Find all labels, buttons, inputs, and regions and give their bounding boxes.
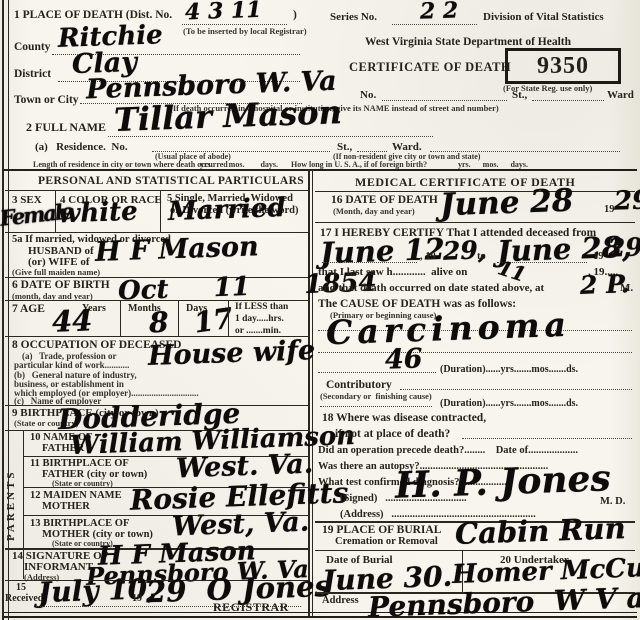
less-than-note1: If LESS than (235, 303, 288, 313)
divider (5, 300, 308, 301)
divider (228, 300, 229, 336)
divider (320, 406, 432, 407)
signed-label: (Signed) ............................... (340, 494, 467, 505)
how-long-usa-units: yrs. mos. days. (458, 161, 528, 169)
full-name-label: 2 FULL NAME (26, 121, 106, 133)
insert-note: (To be inserted by local Registrar) (183, 27, 307, 36)
divider (2, 0, 4, 620)
divider (182, 24, 287, 25)
operation-question: Did an operation precede death?........ … (318, 446, 578, 457)
series-number-label: Series No. (330, 12, 377, 23)
date-of-death-value: June 28 (440, 188, 574, 221)
to-year-value: 29 (608, 236, 640, 260)
disease-contracted-label1: 18 Where was disease contracted, (322, 413, 486, 425)
divider (5, 190, 308, 191)
death-occurred-statement: and that death occurred on date stated a… (318, 283, 544, 294)
printed-19a: , 19 (420, 252, 436, 263)
cause-duration-value: 46 (385, 347, 423, 373)
last-saw-statement: that I last saw h............ alive on (318, 267, 467, 278)
divider (3, 169, 637, 171)
divider (120, 300, 121, 336)
divider (108, 136, 433, 137)
death-certificate: 1 PLACE OF DEATH (Dist. No. 4 3 11 ) (To… (0, 0, 640, 620)
residence-length-note: Length of residence in city or town wher… (33, 161, 228, 169)
death-time-m-label: M. (620, 283, 633, 294)
divider (308, 169, 310, 617)
district-number-value: 4 3 11 (185, 1, 262, 23)
received-number: 15 (16, 583, 26, 593)
personal-section-title: PERSONAL AND STATISTICAL PARTICULARS (38, 176, 304, 188)
residence-length-units: yrs. mos. days. (200, 161, 278, 169)
age-months-value: 8 (149, 310, 169, 336)
divider (160, 190, 161, 232)
dob-label: 6 DATE OF BIRTH (12, 280, 110, 292)
residence-label: (a) Residence. No. (35, 142, 128, 153)
mother-birthplace-value: West, Va. (172, 511, 310, 540)
contributory-label: Contributory (326, 380, 392, 392)
received-printed-19: 19 (132, 594, 142, 604)
street-number-label: No. (360, 90, 376, 101)
to-label: to (477, 252, 486, 263)
marital-value: Married (168, 197, 286, 224)
mother-name-label1: 12 MAIDEN NAME (30, 491, 122, 502)
county-label: County (14, 42, 50, 54)
occupation-a-line2: particular kind of work........... (14, 361, 129, 370)
divider (5, 232, 308, 233)
ward-label: Ward (607, 90, 634, 101)
divider (315, 550, 635, 551)
maiden-name-note: (Give full maiden name) (12, 268, 100, 277)
close-paren: ) (293, 10, 297, 22)
father-birthplace-label1: 11 BIRTHPLACE OF (30, 459, 129, 470)
disease-contracted-label2: if not at place of death? (335, 429, 450, 441)
duration2-label: (Duration)......yrs.......mos.......ds. (440, 399, 578, 409)
age-label: 7 AGE (12, 304, 45, 316)
divider (392, 24, 477, 25)
divider (312, 169, 313, 617)
undertaker-address-label: Address (322, 596, 359, 607)
md-label: M. D. (600, 497, 625, 508)
divider (400, 389, 632, 390)
district-label: District (14, 69, 51, 81)
divider (322, 262, 417, 263)
dod-year-value: 29 (614, 189, 640, 214)
divider (462, 438, 632, 439)
cremation-removal-label: Cremation or Removal (335, 537, 438, 548)
less-than-note2: 1 day.....hrs. (235, 315, 284, 325)
last-saw-date-value: 11 (496, 258, 528, 284)
divider (178, 300, 179, 336)
certificate-title: CERTIFICATE OF DEATH (349, 61, 511, 74)
registrar-label: REGISTRAR (213, 601, 289, 613)
race-value: white (58, 201, 138, 227)
divider (532, 100, 604, 101)
dod-printed-19: 19 (604, 205, 615, 216)
divider (315, 222, 635, 223)
division-label: Division of Vital Statistics (483, 12, 604, 23)
age-years-value: 44 (52, 307, 93, 334)
how-long-usa-note: How long in U. S. A., if of foreign birt… (291, 161, 427, 169)
divider (382, 100, 507, 101)
date-of-death-label: 16 DATE OF DEATH (331, 195, 438, 207)
undertaker-address-value: Pennsboro W V a (368, 585, 640, 620)
certificate-number: 9350 (537, 53, 589, 79)
place-of-burial-value: Cabin Run (455, 515, 626, 547)
duration-label: (Duration)......yrs.......mos.......ds. (440, 365, 578, 375)
divider (318, 372, 436, 373)
spouse-value: H F Mason (95, 235, 259, 265)
department-label: West Virginia State Department of Health (365, 37, 571, 49)
date-of-death-note: (Month, day and year) (333, 207, 415, 216)
town-label: Town or City (14, 95, 79, 107)
full-name-value: Tillar Mason (114, 98, 343, 135)
series-number-value: 2 2 (420, 1, 459, 22)
street-label: St., (512, 90, 527, 101)
printed-19b: 19 (593, 252, 604, 263)
mother-birthplace-label1: 13 BIRTHPLACE OF (30, 519, 129, 530)
certificate-number-box: 9350 (505, 48, 621, 84)
cause-of-death-value: Carcinoma (326, 310, 572, 348)
contributory-note: (Secondary or finishing cause) (320, 392, 432, 401)
place-of-burial-label: 19 PLACE OF BURIAL (322, 525, 441, 537)
divider (318, 352, 632, 353)
mother-name-label2: MOTHER (42, 502, 90, 513)
occupation-value: House wife (148, 339, 316, 369)
